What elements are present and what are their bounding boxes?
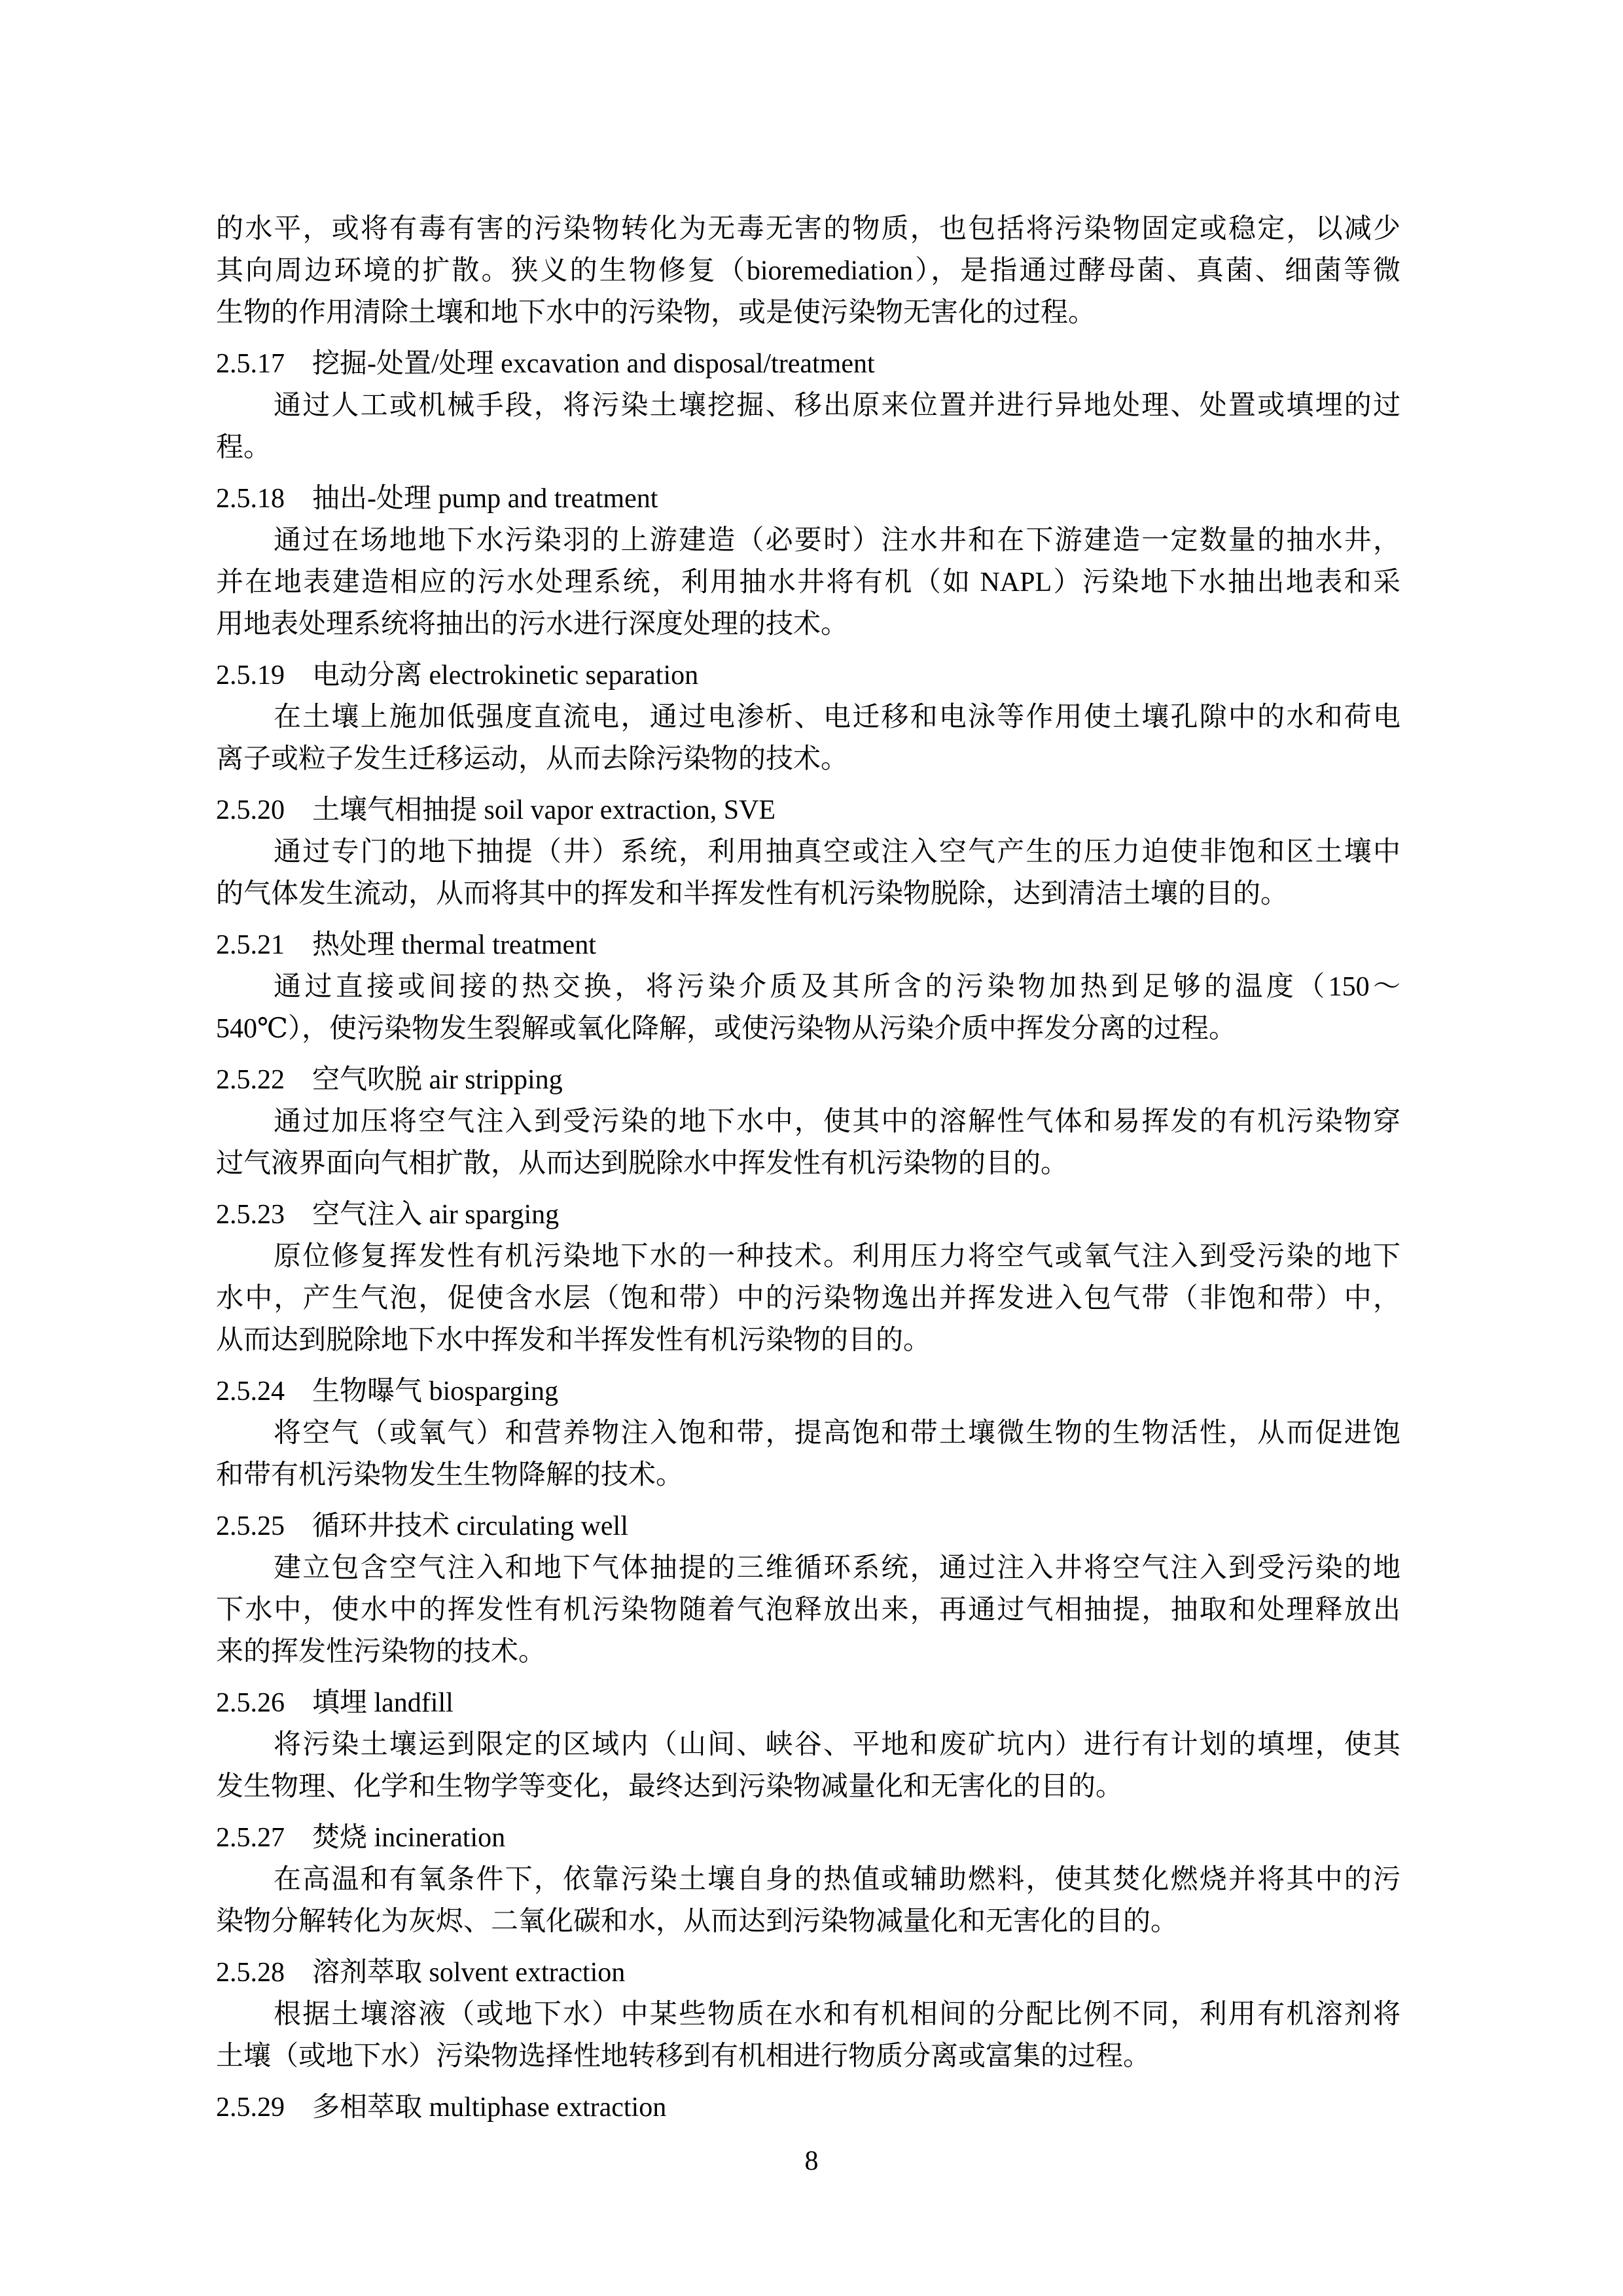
term-heading-2.5.28: 2.5.28 溶剂萃取 solvent extraction [216,1952,1400,1994]
term-heading-2.5.29: 2.5.29 多相萃取 multiphase extraction [216,2087,1400,2128]
text-line: 土壤（或地下水）污染物选择性地转移到有机相进行物质分离或富集的过程。 [216,2036,1400,2077]
text-line: 在土壤上施加低强度直流电，通过电渗析、电迁移和电泳等作用使土壤孔隙中的水和荷电 [216,696,1400,738]
term-heading-2.5.21: 2.5.21 热处理 thermal treatment [216,924,1400,966]
term-heading-2.5.17: 2.5.17 挖掘-处置/处理 excavation and disposal/… [216,343,1400,385]
text-line: 的气体发生流动，从而将其中的挥发和半挥发性有机污染物脱除，达到清洁土壤的目的。 [216,873,1400,915]
term-heading-2.5.22: 2.5.22 空气吹脱 air stripping [216,1059,1400,1101]
text-line: 离子或粒子发生迁移运动，从而去除污染物的技术。 [216,738,1400,780]
text-line: 540℃），使污染物发生裂解或氧化降解，或使污染物从污染介质中挥发分离的过程。 [216,1008,1400,1050]
term-heading-2.5.18: 2.5.18 抽出-处理 pump and treatment [216,478,1400,520]
document-page: 的水平，或将有毒有害的污染物转化为无毒无害的物质，也包括将污染物固定或稳定，以减… [0,0,1623,2296]
text-line: 通过加压将空气注入到受污染的地下水中，使其中的溶解性气体和易挥发的有机污染物穿 [216,1101,1400,1143]
page-number: 8 [0,2140,1623,2182]
text-line: 在高温和有氧条件下，依靠污染土壤自身的热值或辅助燃料，使其焚化燃烧并将其中的污 [216,1859,1400,1901]
text-line: 其向周边环境的扩散。狭义的生物修复（bioremediation），是指通过酵母… [216,250,1400,292]
text-line: 发生物理、化学和生物学等变化，最终达到污染物减量化和无害化的目的。 [216,1766,1400,1808]
document-body: 的水平，或将有毒有害的污染物转化为无毒无害的物质，也包括将污染物固定或稳定，以减… [216,208,1400,2128]
term-heading-2.5.27: 2.5.27 焚烧 incineration [216,1817,1400,1859]
text-line: 和带有机污染物发生生物降解的技术。 [216,1454,1400,1496]
text-line: 下水中，使水中的挥发性有机污染物随着气泡释放出来，再通过气相抽提，抽取和处理释放… [216,1589,1400,1631]
text-line: 将污染土壤运到限定的区域内（山间、峡谷、平地和废矿坑内）进行有计划的填埋，使其 [216,1724,1400,1766]
text-line: 来的挥发性污染物的技术。 [216,1631,1400,1673]
text-line: 通过人工或机械手段，将污染土壤挖掘、移出原来位置并进行异地处理、处置或填埋的过 [216,385,1400,427]
text-line: 用地表处理系统将抽出的污水进行深度处理的技术。 [216,603,1400,645]
text-line: 生物的作用清除土壤和地下水中的污染物，或是使污染物无害化的过程。 [216,292,1400,334]
term-heading-2.5.23: 2.5.23 空气注入 air sparging [216,1194,1400,1236]
text-line: 染物分解转化为灰烬、二氧化碳和水，从而达到污染物减量化和无害化的目的。 [216,1901,1400,1943]
term-heading-2.5.24: 2.5.24 生物曝气 biosparging [216,1371,1400,1412]
term-heading-2.5.19: 2.5.19 电动分离 electrokinetic separation [216,655,1400,696]
text-line: 建立包含空气注入和地下气体抽提的三维循环系统，通过注入井将空气注入到受污染的地 [216,1547,1400,1589]
term-heading-2.5.26: 2.5.26 填埋 landfill [216,1682,1400,1724]
text-line: 并在地表建造相应的污水处理系统，利用抽水井将有机（如 NAPL）污染地下水抽出地… [216,562,1400,603]
text-line: 根据土壤溶液（或地下水）中某些物质在水和有机相间的分配比例不同，利用有机溶剂将 [216,1994,1400,2036]
text-line: 将空气（或氧气）和营养物注入饱和带，提高饱和带土壤微生物的生物活性，从而促进饱 [216,1412,1400,1454]
term-heading-2.5.25: 2.5.25 循环井技术 circulating well [216,1505,1400,1547]
text-line: 原位修复挥发性有机污染地下水的一种技术。利用压力将空气或氧气注入到受污染的地下 [216,1236,1400,1278]
text-line: 过气液界面向气相扩散，从而达到脱除水中挥发性有机污染物的目的。 [216,1143,1400,1185]
text-line: 从而达到脱除地下水中挥发和半挥发性有机污染物的目的。 [216,1319,1400,1361]
text-line: 的水平，或将有毒有害的污染物转化为无毒无害的物质，也包括将污染物固定或稳定，以减… [216,208,1400,250]
text-line: 通过专门的地下抽提（井）系统，利用抽真空或注入空气产生的压力迫使非饱和区土壤中 [216,831,1400,873]
term-heading-2.5.20: 2.5.20 土壤气相抽提 soil vapor extraction, SVE [216,789,1400,831]
text-line: 程。 [216,427,1400,469]
text-line: 水中，产生气泡，促使含水层（饱和带）中的污染物逸出并挥发进入包气带（非饱和带）中… [216,1278,1400,1319]
text-line: 通过直接或间接的热交换，将污染介质及其所含的污染物加热到足够的温度（150～ [216,966,1400,1008]
text-line: 通过在场地地下水污染羽的上游建造（必要时）注水井和在下游建造一定数量的抽水井， [216,520,1400,562]
